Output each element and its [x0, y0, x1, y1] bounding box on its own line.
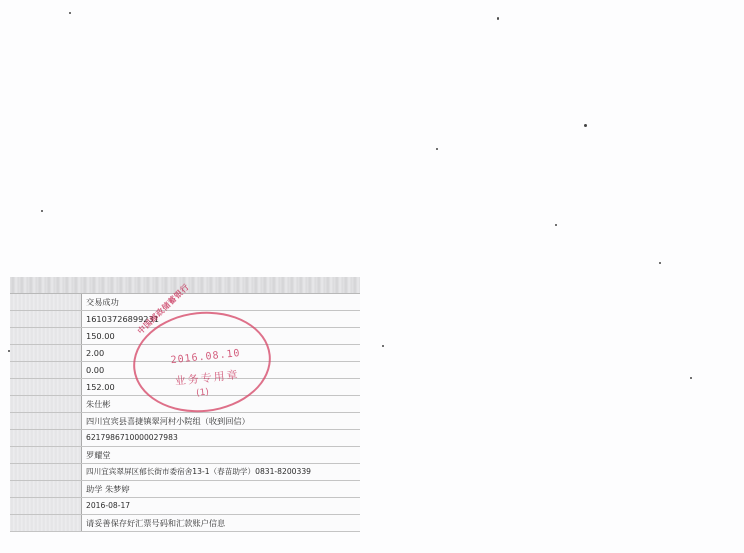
row-value-remittance-number: 16103726899231	[82, 311, 360, 327]
row-value-remitter-address: 四川宜宾翠屏区郁长街市委宿舍13-1（春苗助学）0831-8200339	[82, 464, 360, 480]
scan-speck	[497, 17, 499, 20]
row-remittance-number: 16103726899231	[10, 311, 360, 328]
row-value-total: 152.00	[82, 379, 360, 395]
row-value-date: 2016-08-17	[82, 498, 360, 514]
row-payee-address: 四川宜宾县喜捷镇翠河村小院组（收到回信）	[10, 413, 360, 430]
row-remitter-address: 四川宜宾翠屏区郁长街市委宿舍13-1（春苗助学）0831-8200339	[10, 464, 360, 481]
row-label	[10, 379, 82, 395]
row-status: 交易成功	[10, 294, 360, 311]
row-value-other-fee: 0.00	[82, 362, 360, 378]
row-date: 2016-08-17	[10, 498, 360, 515]
row-label	[10, 464, 82, 480]
row-value-amount: 150.00	[82, 328, 360, 344]
row-other-fee: 0.00	[10, 362, 360, 379]
row-label	[10, 498, 82, 514]
row-label	[10, 447, 82, 463]
row-label	[10, 294, 82, 310]
row-label	[10, 481, 82, 497]
row-label	[10, 396, 82, 412]
row-fee: 2.00	[10, 345, 360, 362]
row-value-fee: 2.00	[82, 345, 360, 361]
receipt-table: 交易成功 16103726899231 150.00 2.00 0.00 152…	[10, 277, 360, 520]
row-remitter-name: 罗耀堂	[10, 447, 360, 464]
row-account-number: 6217986710000027983	[10, 430, 360, 447]
row-label	[10, 345, 82, 361]
row-label	[10, 413, 82, 429]
row-memo: 助学 朱梦婷	[10, 481, 360, 498]
scan-speck	[69, 12, 71, 14]
scan-speck	[382, 345, 384, 347]
row-value-memo: 助学 朱梦婷	[82, 481, 360, 497]
row-notice: 请妥善保存好汇票号码和汇款账户信息	[10, 515, 360, 532]
row-amount: 150.00	[10, 328, 360, 345]
row-value-remitter-name: 罗耀堂	[82, 447, 360, 463]
scan-speck	[584, 124, 587, 127]
scan-speck	[41, 210, 43, 212]
receipt-rows: 交易成功 16103726899231 150.00 2.00 0.00 152…	[10, 294, 360, 532]
row-total: 152.00	[10, 379, 360, 396]
row-label	[10, 328, 82, 344]
row-label	[10, 311, 82, 327]
row-label	[10, 515, 82, 531]
row-value-status: 交易成功	[82, 294, 360, 310]
scan-speck	[436, 148, 438, 150]
scan-speck	[659, 262, 661, 264]
receipt-header-band	[10, 277, 360, 294]
row-value-account-number: 6217986710000027983	[82, 430, 360, 446]
row-label	[10, 430, 82, 446]
scan-speck	[555, 224, 557, 226]
row-value-payee-address: 四川宜宾县喜捷镇翠河村小院组（收到回信）	[82, 413, 360, 429]
row-value-notice: 请妥善保存好汇票号码和汇款账户信息	[82, 515, 360, 531]
row-payee-name: 朱仕彬	[10, 396, 360, 413]
scan-speck	[690, 377, 692, 379]
row-value-payee-name: 朱仕彬	[82, 396, 360, 412]
row-label	[10, 362, 82, 378]
